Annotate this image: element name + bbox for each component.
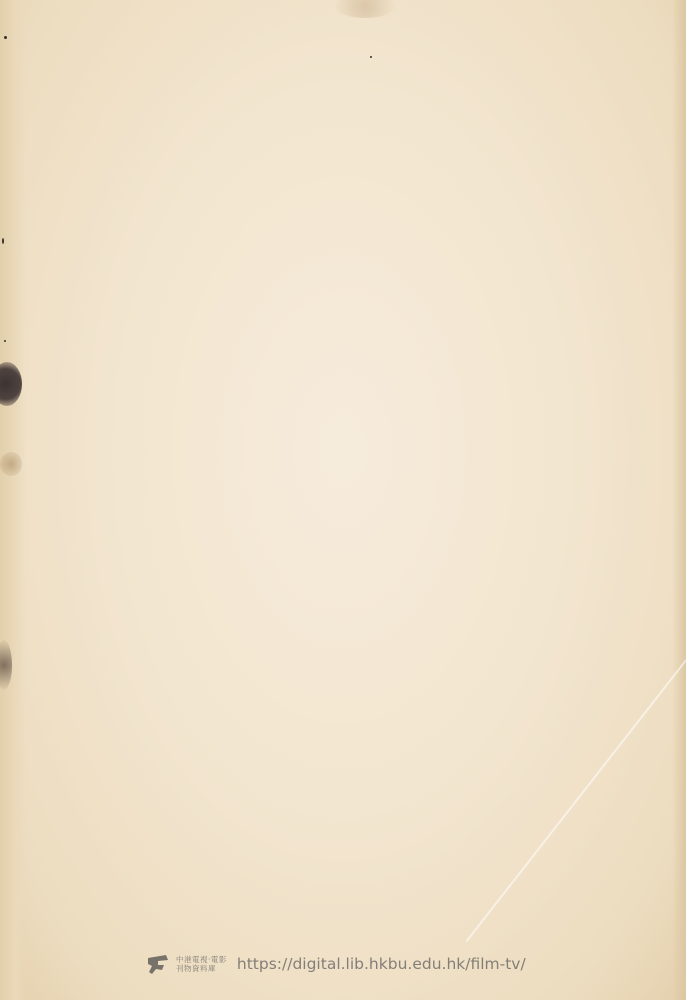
right-edge-discoloration bbox=[672, 0, 686, 1000]
speck bbox=[4, 36, 7, 39]
speck bbox=[2, 238, 4, 244]
scanned-page: 中港電視·電影 刊物資料庫 https://digital.lib.hkbu.e… bbox=[0, 0, 686, 1000]
speck bbox=[4, 340, 6, 342]
archive-logo-icon bbox=[146, 952, 170, 976]
speck bbox=[370, 56, 372, 58]
top-stain bbox=[335, 0, 395, 18]
archive-watermark: 中港電視·電影 刊物資料庫 https://digital.lib.hkbu.e… bbox=[146, 950, 526, 978]
logo-line-1: 中港電視·電影 bbox=[176, 955, 227, 964]
paper-flake-stain bbox=[0, 452, 22, 476]
archive-logo-text: 中港電視·電影 刊物資料庫 bbox=[176, 955, 227, 973]
paper-crease bbox=[465, 610, 686, 942]
logo-line-2: 刊物資料庫 bbox=[176, 964, 227, 973]
left-edge-discoloration bbox=[0, 0, 26, 1000]
archive-url: https://digital.lib.hkbu.edu.hk/film-tv/ bbox=[237, 955, 526, 973]
